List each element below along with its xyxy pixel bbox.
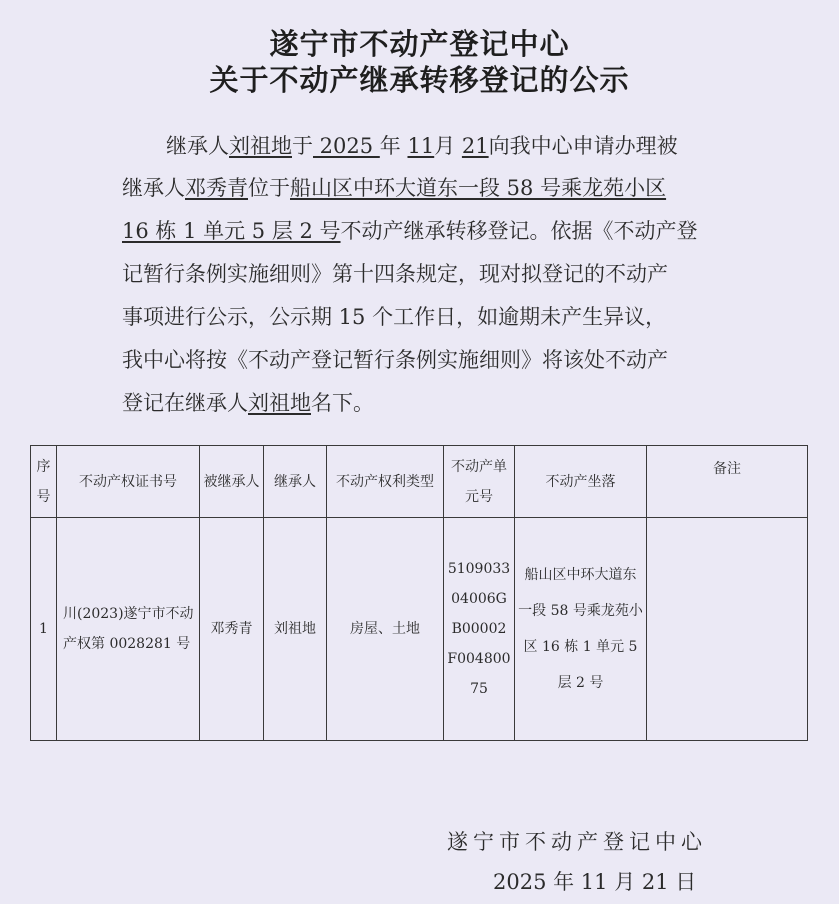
notice-title-subject: 关于不动产继承转移登记的公示: [0, 58, 839, 99]
text: 年: [380, 134, 408, 158]
text: 位于: [248, 176, 290, 200]
cell-seq: 1: [31, 518, 57, 741]
notice-line-2: 继承人邓秀青位于船山区中环大道东一段 58 号乘龙苑小区: [122, 172, 666, 202]
cell-location: 船山区中环大道东一段 58 号乘龙苑小区 16 栋 1 单元 5 层 2 号: [515, 518, 647, 741]
text: 月: [434, 134, 462, 158]
col-header-decedent: 被继承人: [200, 446, 264, 518]
notice-line-6: 我中心将按《不动产登记暂行条例实施细则》将该处不动产: [122, 344, 668, 374]
notice-title-org: 遂宁市不动产登记中心: [0, 22, 839, 63]
col-header-heir: 继承人: [264, 446, 327, 518]
heir-name: 刘祖地: [248, 391, 311, 415]
signature-date: 2025 年 11 月 21 日: [493, 866, 696, 896]
apply-year: 2025: [313, 134, 380, 158]
cell-decedent: 邓秀青: [200, 518, 264, 741]
notice-line-5: 事项进行公示，公示期 15 个工作日，如逾期未产生异议，: [122, 301, 666, 331]
text: 继承人: [166, 134, 229, 158]
col-header-cert-no: 不动产权证书号: [57, 446, 200, 518]
text: 登记在继承人: [122, 391, 248, 415]
col-header-location: 不动产坐落: [515, 446, 647, 518]
cell-unit-no: 510903304006GB00002F00480075: [444, 518, 515, 741]
notice-line-1: 继承人刘祖地于 2025 年 11月 21向我中心申请办理被: [166, 130, 678, 160]
col-header-remarks: 备注: [647, 446, 808, 518]
cell-heir: 刘祖地: [264, 518, 327, 741]
property-address-part2: 16 栋 1 单元 5 层 2 号: [122, 219, 341, 243]
col-header-right-type: 不动产权利类型: [327, 446, 444, 518]
text: 继承人: [122, 176, 185, 200]
cell-right-type: 房屋、土地: [327, 518, 444, 741]
property-address-part1: 船山区中环大道东一段 58 号乘龙苑小区: [290, 176, 666, 200]
text: 名下。: [311, 391, 374, 415]
text: 向我中心申请办理被: [489, 134, 678, 158]
table-row: 1 川(2023)遂宁市不动产权第 0028281 号 邓秀青 刘祖地 房屋、土…: [31, 518, 808, 741]
cell-remarks: [647, 518, 808, 741]
col-header-seq: 序号: [31, 446, 57, 518]
property-registration-table: 序号 不动产权证书号 被继承人 继承人 不动产权利类型 不动产单元号 不动产坐落…: [30, 445, 808, 741]
notice-line-7: 登记在继承人刘祖地名下。: [122, 387, 374, 417]
text: 不动产继承转移登记。依据《不动产登: [341, 219, 698, 243]
apply-month: 11: [407, 134, 434, 158]
apply-day: 21: [462, 134, 489, 158]
signature-organization: 遂宁市不动产登记中心: [447, 826, 707, 856]
cell-cert-no: 川(2023)遂宁市不动产权第 0028281 号: [57, 518, 200, 741]
notice-line-3: 16 栋 1 单元 5 层 2 号不动产继承转移登记。依据《不动产登: [122, 215, 698, 245]
table-header-row: 序号 不动产权证书号 被继承人 继承人 不动产权利类型 不动产单元号 不动产坐落…: [31, 446, 808, 518]
decedent-name: 邓秀青: [185, 176, 248, 200]
notice-line-4: 记暂行条例实施细则》第十四条规定，现对拟登记的不动产: [122, 258, 668, 288]
text: 于: [292, 134, 313, 158]
heir-name: 刘祖地: [229, 134, 292, 158]
col-header-unit-no: 不动产单元号: [444, 446, 515, 518]
